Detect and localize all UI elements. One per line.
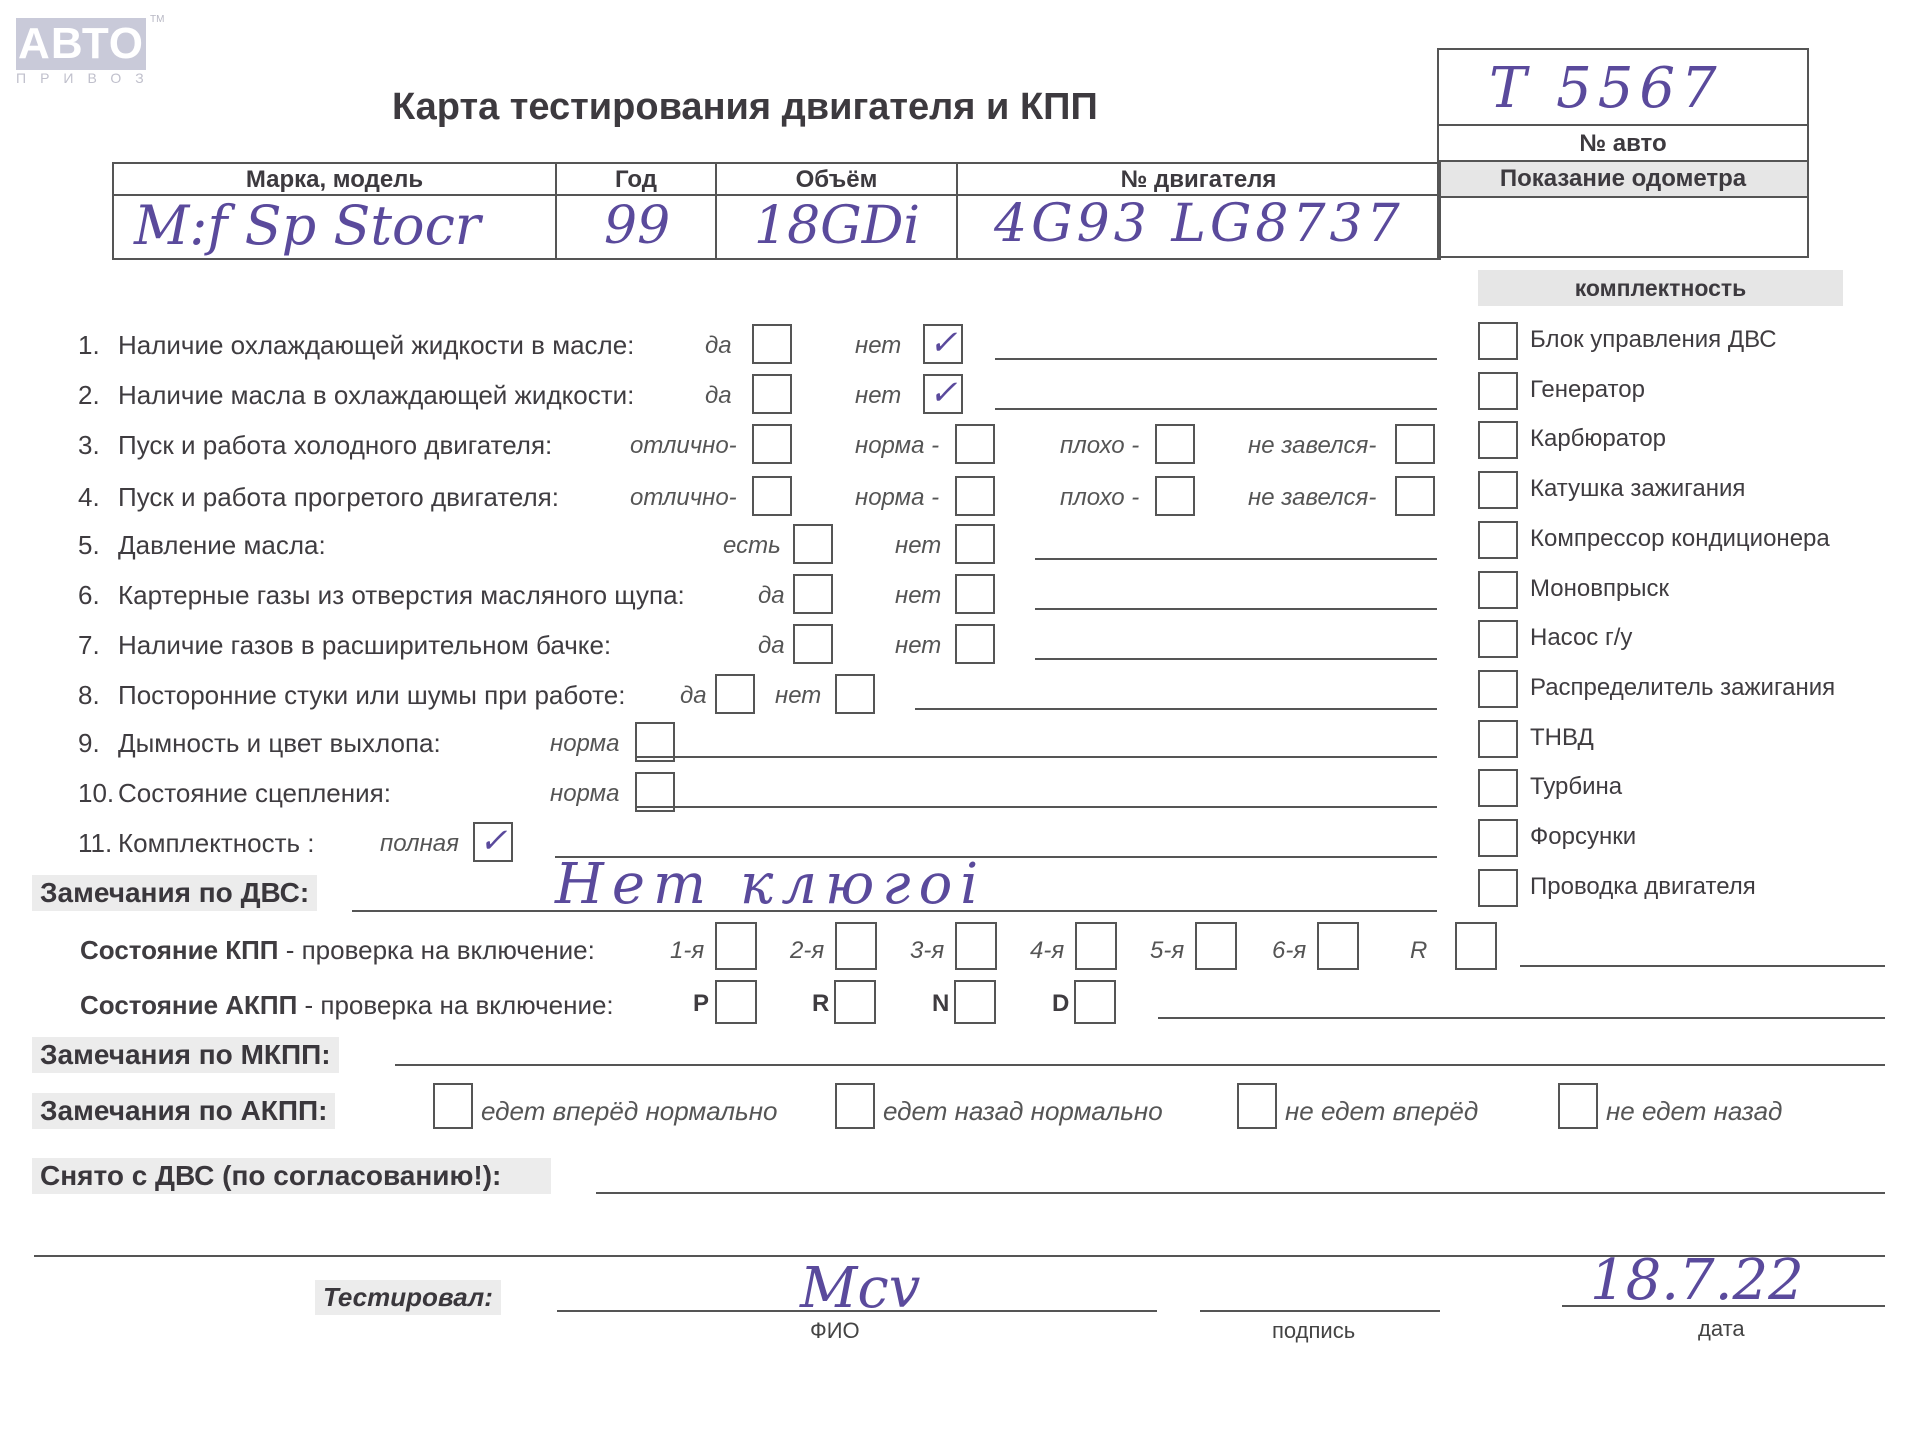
- kit-item-label: Проводка двигателя: [1530, 873, 1756, 901]
- removed-label: Снято с ДВС (по согласованию!):: [32, 1158, 551, 1194]
- checklist-notes-line[interactable]: [635, 806, 1437, 808]
- checklist-option-label: да: [680, 682, 707, 710]
- checklist-item-number: 11.: [78, 828, 112, 859]
- engine-remarks-value[interactable]: Нет клюгоі: [555, 852, 986, 917]
- kit-item-label: Компрессор кондиционера: [1530, 525, 1830, 553]
- checklist-option-label: нет: [775, 682, 821, 710]
- checklist-option-label: полная: [380, 830, 459, 858]
- tester-name-value[interactable]: Mcv: [800, 1256, 920, 1321]
- position-label: R: [812, 990, 829, 1018]
- auto-remark-label: не едет назад: [1606, 1096, 1782, 1127]
- kit-item-label: Катушка зажигания: [1530, 475, 1745, 503]
- checklist-option-checkbox[interactable]: ✓: [473, 822, 513, 862]
- kit-item-label: ТНВД: [1530, 724, 1594, 752]
- checklist-option-checkbox[interactable]: [1395, 476, 1435, 516]
- position-label: N: [932, 990, 949, 1018]
- kit-checkbox[interactable]: [1478, 571, 1518, 609]
- checklist-option-checkbox[interactable]: [835, 674, 875, 714]
- check-mark-icon: ✓: [479, 824, 508, 858]
- checklist-option-checkbox[interactable]: [793, 574, 833, 614]
- checklist-option-label: нет: [895, 532, 941, 560]
- checklist-item-label: Посторонние стуки или шумы при работе:: [118, 680, 625, 711]
- checklist-item-label: Состояние сцепления:: [118, 778, 391, 809]
- checklist-notes-line[interactable]: [995, 408, 1437, 410]
- checklist-notes-line[interactable]: [1035, 658, 1437, 660]
- gear-label: 1-я: [670, 937, 704, 965]
- gear-label: R: [1410, 937, 1427, 965]
- kit-checkbox[interactable]: [1478, 521, 1518, 559]
- auto-remarks-label: Замечания по АКПП:: [32, 1093, 335, 1129]
- logo-subtitle: ПРИВОЗ: [16, 70, 158, 86]
- column-header-volume: Объём: [717, 166, 956, 194]
- make-model-value[interactable]: M:f Sp Stocr: [134, 194, 481, 257]
- checklist-option-label: есть: [723, 532, 781, 560]
- checklist-option-label: да: [705, 332, 732, 360]
- checklist-item-label: Дымность и цвет выхлопа:: [118, 728, 441, 759]
- checklist-option-label: не завелся-: [1248, 432, 1376, 460]
- auto-remark-label: не едет вперёд: [1285, 1096, 1478, 1127]
- kit-checkbox[interactable]: [1478, 670, 1518, 708]
- signature-field[interactable]: [1200, 1310, 1440, 1312]
- checklist-item-number: 1.: [78, 330, 100, 361]
- position-checkbox[interactable]: [1074, 980, 1116, 1024]
- checklist-option-label: норма -: [855, 484, 939, 512]
- signature-caption: подпись: [1272, 1318, 1355, 1344]
- checklist-item-number: 5.: [78, 530, 100, 561]
- checklist-item-label: Пуск и работа прогретого двигателя:: [118, 482, 559, 513]
- checklist-option-label: нет: [855, 382, 901, 410]
- auto-remark-checkbox[interactable]: [433, 1083, 473, 1129]
- checklist-option-label: да: [758, 632, 785, 660]
- kit-item-label: Распределитель зажигания: [1530, 674, 1835, 702]
- auto-gearbox-label: Состояние АКПП - проверка на включение:: [80, 990, 614, 1021]
- date-caption: дата: [1698, 1316, 1745, 1342]
- name-caption: ФИО: [810, 1318, 860, 1344]
- checklist-item-label: Наличие газов в расширительном бачке:: [118, 630, 611, 661]
- checklist-option-label: плохо -: [1060, 432, 1139, 460]
- checklist-option-checkbox[interactable]: [752, 324, 792, 364]
- auto-remark-checkbox[interactable]: [1237, 1083, 1277, 1129]
- kit-item-label: Блок управления ДВС: [1530, 326, 1777, 354]
- checklist-option-checkbox[interactable]: [793, 524, 833, 564]
- check-mark-icon: ✓: [929, 326, 958, 360]
- checklist-option-checkbox[interactable]: [1155, 424, 1195, 464]
- gear-label: 3-я: [910, 937, 944, 965]
- odometer-label: Показание одометра: [1439, 162, 1807, 196]
- checklist-notes-line[interactable]: [915, 708, 1437, 710]
- gear-label: 5-я: [1150, 937, 1184, 965]
- checklist-item-label: Пуск и работа холодного двигателя:: [118, 430, 552, 461]
- kit-item-label: Генератор: [1530, 376, 1645, 404]
- auto-remark-label: едет вперёд нормально: [481, 1096, 777, 1127]
- column-header-year: Год: [557, 166, 715, 194]
- checklist-item-label: Давление масла:: [118, 530, 326, 561]
- kit-item-label: Насос г/у: [1530, 624, 1632, 652]
- checklist-notes-line[interactable]: [1035, 608, 1437, 610]
- checklist-option-checkbox[interactable]: [955, 524, 995, 564]
- auto-remark-checkbox[interactable]: [835, 1083, 875, 1129]
- manual-gearbox-label-rest: - проверка на включение:: [279, 935, 595, 965]
- checklist-option-checkbox[interactable]: [752, 476, 792, 516]
- vehicle-table: Марка, модель Год Объём № двигателя M:f …: [112, 162, 1441, 260]
- kit-checkbox[interactable]: [1478, 720, 1518, 758]
- checklist-option-checkbox[interactable]: [955, 624, 995, 664]
- checklist-item-number: 7.: [78, 630, 100, 661]
- checklist-option-label: отлично-: [630, 484, 737, 512]
- kit-checkbox[interactable]: [1478, 620, 1518, 658]
- kit-checkbox[interactable]: [1478, 869, 1518, 907]
- logo: АВТО: [16, 18, 146, 70]
- checklist-option-checkbox[interactable]: ✓: [923, 374, 963, 414]
- checklist-option-checkbox[interactable]: [955, 476, 995, 516]
- checklist-item-label: Картерные газы из отверстия масляного щу…: [118, 580, 685, 611]
- checklist-option-label: нет: [895, 632, 941, 660]
- gear-checkbox[interactable]: [955, 922, 997, 970]
- checklist-item-number: 4.: [78, 482, 100, 513]
- position-checkbox[interactable]: [834, 980, 876, 1024]
- gear-checkbox[interactable]: [1317, 922, 1359, 970]
- kit-checkbox[interactable]: [1478, 421, 1518, 459]
- checklist-item-number: 8.: [78, 680, 100, 711]
- auto-gearbox-label-rest: - проверка на включение:: [297, 990, 613, 1020]
- checklist-item-number: 6.: [78, 580, 100, 611]
- kit-checkbox[interactable]: [1478, 819, 1518, 857]
- kit-checkbox[interactable]: [1478, 471, 1518, 509]
- column-header-engine-number: № двигателя: [958, 166, 1439, 194]
- year-value[interactable]: 99: [604, 196, 670, 256]
- checklist-option-checkbox[interactable]: [1155, 476, 1195, 516]
- checklist-notes-line[interactable]: [995, 358, 1437, 360]
- manual-gearbox-label: Состояние КПП - проверка на включение:: [80, 935, 595, 966]
- checklist-option-checkbox[interactable]: [752, 374, 792, 414]
- auto-gearbox-label-bold: Состояние АКПП: [80, 990, 297, 1020]
- checklist-option-label: нет: [855, 332, 901, 360]
- auto-remark-checkbox[interactable]: [1558, 1083, 1598, 1129]
- plate-number-value[interactable]: T 5567: [1489, 56, 1723, 121]
- checklist-option-checkbox[interactable]: [955, 424, 995, 464]
- checklist-option-label: не завелся-: [1248, 484, 1376, 512]
- position-label: P: [693, 990, 709, 1018]
- checklist-option-label: норма: [550, 730, 619, 758]
- kit-checkbox[interactable]: [1478, 322, 1518, 360]
- checklist-item-number: 3.: [78, 430, 100, 461]
- checklist-option-label: да: [758, 582, 785, 610]
- checklist-option-checkbox[interactable]: [1395, 424, 1435, 464]
- plate-number-label: № авто: [1439, 130, 1807, 158]
- kit-item-label: Моновпрыск: [1530, 575, 1669, 603]
- gear-checkbox[interactable]: [1455, 922, 1497, 970]
- checklist-option-checkbox[interactable]: [715, 674, 755, 714]
- checklist-option-label: отлично-: [630, 432, 737, 460]
- kit-item-label: Турбина: [1530, 773, 1622, 801]
- auto-remark-label: едет назад нормально: [883, 1096, 1163, 1127]
- vehicle-box: T 5567 № авто Показание одометра: [1437, 48, 1809, 258]
- checklist-option-checkbox[interactable]: [793, 624, 833, 664]
- checklist-option-label: норма -: [855, 432, 939, 460]
- engine-number-value[interactable]: 4G93 LG8737: [994, 194, 1404, 254]
- gear-checkbox[interactable]: [1075, 922, 1117, 970]
- gear-checkbox[interactable]: [835, 922, 877, 970]
- checklist-notes-line[interactable]: [1035, 558, 1437, 560]
- checklist-item-number: 10.: [78, 778, 114, 809]
- gear-label: 2-я: [790, 937, 824, 965]
- engine-remarks-label: Замечания по ДВС:: [32, 875, 317, 911]
- manual-gearbox-label-bold: Состояние КПП: [80, 935, 279, 965]
- gear-checkbox[interactable]: [715, 922, 757, 970]
- position-checkbox[interactable]: [954, 980, 996, 1024]
- kit-checkbox[interactable]: [1478, 372, 1518, 410]
- kit-checkbox[interactable]: [1478, 769, 1518, 807]
- checklist-option-label: плохо -: [1060, 484, 1139, 512]
- manual-remarks-label: Замечания по МКПП:: [32, 1037, 339, 1073]
- checklist-item-label: Наличие масла в охлаждающей жидкости:: [118, 380, 634, 411]
- volume-value[interactable]: 18GDi: [754, 196, 920, 256]
- checklist-notes-line[interactable]: [635, 756, 1437, 758]
- page-title: Карта тестирования двигателя и КПП: [392, 86, 1098, 129]
- checklist-item-label: Комплектность :: [118, 828, 315, 859]
- checklist-option-label: норма: [550, 780, 619, 808]
- checklist-item-number: 2.: [78, 380, 100, 411]
- checklist-item-number: 9.: [78, 728, 100, 759]
- column-header-make-model: Марка, модель: [114, 166, 555, 194]
- checklist-option-label: да: [705, 382, 732, 410]
- checklist-item-label: Наличие охлаждающей жидкости в масле:: [118, 330, 634, 361]
- checklist-option-label: нет: [895, 582, 941, 610]
- kit-title: комплектность: [1478, 270, 1843, 306]
- gear-label: 6-я: [1272, 937, 1306, 965]
- checklist-option-checkbox[interactable]: ✓: [923, 324, 963, 364]
- tested-by-label: Тестировал:: [315, 1280, 501, 1315]
- date-value[interactable]: 18.7.22: [1590, 1248, 1804, 1313]
- gear-checkbox[interactable]: [1195, 922, 1237, 970]
- position-checkbox[interactable]: [715, 980, 757, 1024]
- kit-item-label: Форсунки: [1530, 823, 1636, 851]
- checklist-option-checkbox[interactable]: [955, 574, 995, 614]
- check-mark-icon: ✓: [929, 376, 958, 410]
- position-label: D: [1052, 990, 1069, 1018]
- gear-label: 4-я: [1030, 937, 1064, 965]
- logo-trademark: TM: [150, 14, 164, 25]
- checklist-option-checkbox[interactable]: [752, 424, 792, 464]
- kit-item-label: Карбюратор: [1530, 425, 1666, 453]
